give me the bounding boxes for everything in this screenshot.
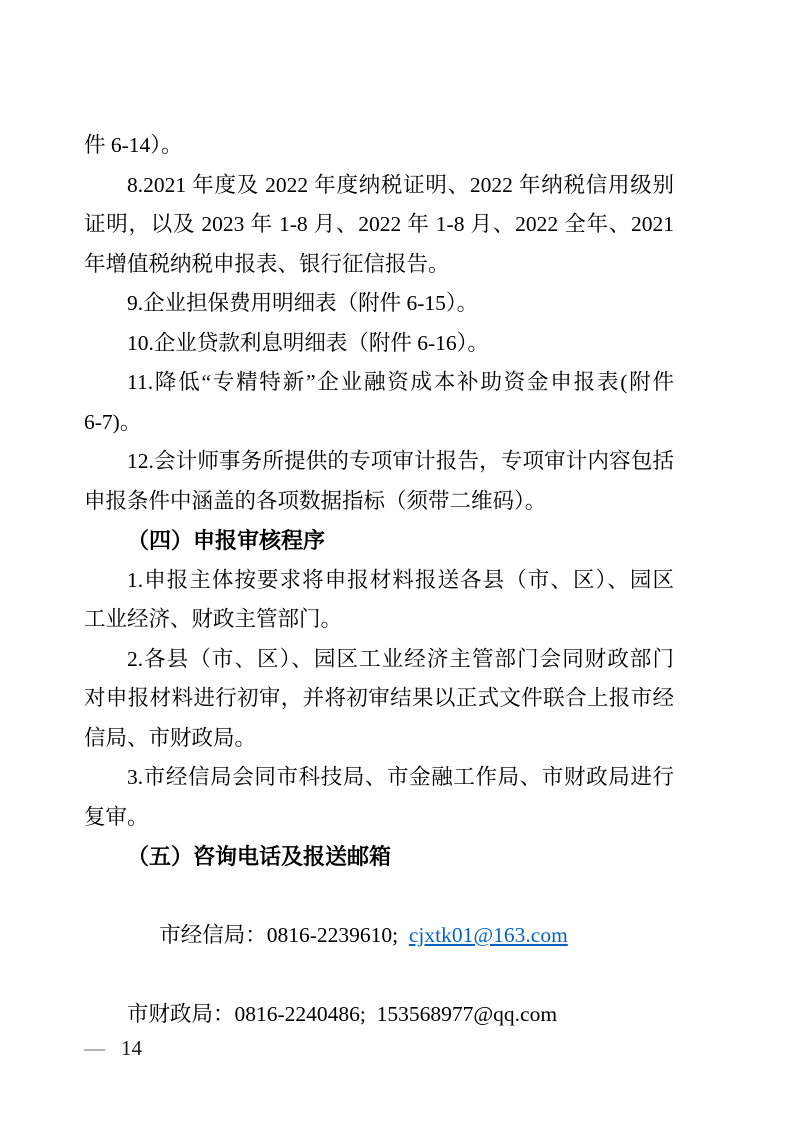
para-step-2-line-2: 对申报材料进行初审，并将初审结果以正式文件联合上报市经 <box>84 679 674 719</box>
footer-dash: — <box>84 1036 105 1060</box>
item-subsidy-application-form-line-1: 11.降低“专精特新”企业融资成本补助资金申报表(附件 <box>84 363 674 403</box>
contact-jingxinju-phone: 市经信局：0816-2239610; <box>159 923 409 947</box>
para-audit-report-line-2: 申报条件中涵盖的各项数据指标（须带二维码）。 <box>84 482 674 522</box>
para-tax-certificates-line-2: 证明，以及 2023 年 1-8 月、2022 年 1-8 月、2022 全年、… <box>84 205 674 245</box>
para-step-3-line-1: 3.市经信局会同市科技局、市金融工作局、市财政局进行 <box>84 758 674 798</box>
document-body: 件 6-14）。 8.2021 年度及 2022 年度纳税证明、2022 年纳税… <box>84 126 674 1035</box>
page-footer: —14 <box>84 1033 142 1063</box>
para-tax-certificates-line-3: 年增值税纳税申报表、银行征信报告。 <box>84 245 674 285</box>
item-loan-interest-table: 10.企业贷款利息明细表（附件 6-16）。 <box>84 324 674 364</box>
para-step-1-line-2: 工业经济、财政主管部门。 <box>84 600 674 640</box>
para-audit-report-line-1: 12.会计师事务所提供的专项审计报告，专项审计内容包括 <box>84 442 674 482</box>
para-attachment-6-14-end: 件 6-14）。 <box>84 126 674 166</box>
heading-section-4-review-procedure: （四）申报审核程序 <box>84 521 674 561</box>
item-guarantee-fee-table: 9.企业担保费用明细表（附件 6-15）。 <box>84 284 674 324</box>
para-step-2-line-1: 2.各县（市、区）、园区工业经济主管部门会同财政部门 <box>84 640 674 680</box>
para-step-3-line-2: 复审。 <box>84 798 674 838</box>
page-number: 14 <box>121 1036 142 1060</box>
email-link-jingxinju[interactable]: cjxtk01@163.com <box>409 923 568 947</box>
heading-section-5-contact-info: （五）咨询电话及报送邮箱 <box>84 837 674 877</box>
item-subsidy-application-form-line-2: 6-7)。 <box>84 403 674 443</box>
para-step-1-line-1: 1.申报主体按要求将申报材料报送各县（市、区）、园区 <box>84 561 674 601</box>
para-tax-certificates-line-1: 8.2021 年度及 2022 年度纳税证明、2022 年纳税信用级别 <box>84 166 674 206</box>
para-step-2-line-3: 信局、市财政局。 <box>84 719 674 759</box>
contact-line-caizhengju: 市财政局：0816-2240486; 153568977@qq.com <box>84 995 674 1035</box>
document-page: 件 6-14）。 8.2021 年度及 2022 年度纳税证明、2022 年纳税… <box>0 0 793 1122</box>
contact-line-jingxinju: 市经信局：0816-2239610; cjxtk01@163.com <box>84 877 674 996</box>
